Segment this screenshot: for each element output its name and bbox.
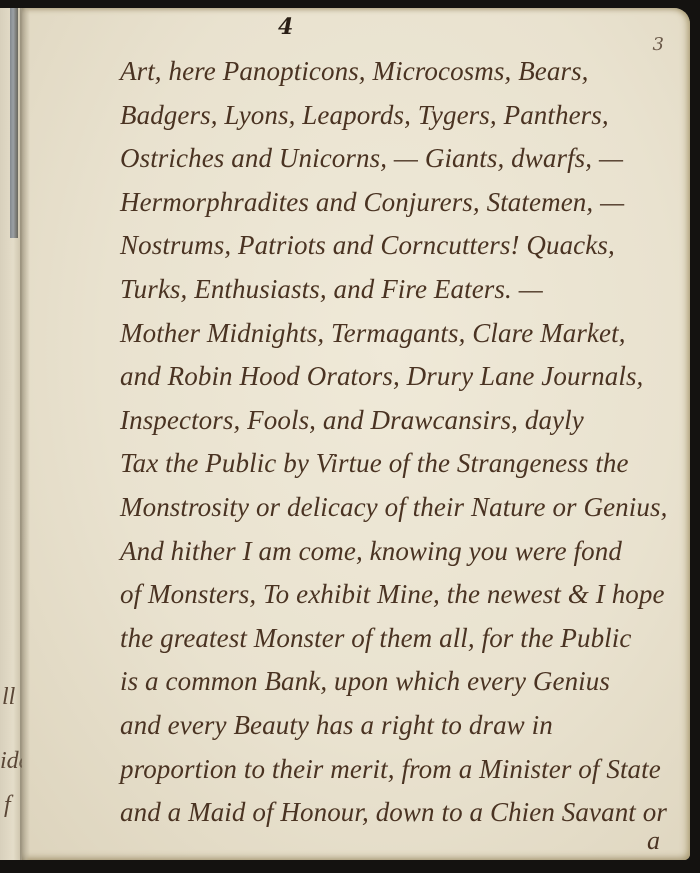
text-line: and Robin Hood Orators, Drury Lane Journ…	[120, 355, 700, 399]
gutter-shadow	[20, 8, 30, 860]
binding-spine	[10, 8, 18, 238]
manuscript-text: Art, here Panopticons, Microcosms, Bears…	[120, 50, 700, 835]
text-line: Monstrosity or delicacy of their Nature …	[120, 486, 700, 530]
text-line: Ostriches and Unicorns, — Giants, dwarfs…	[120, 137, 700, 181]
text-line: Hermorphradites and Conjurers, Statemen,…	[120, 181, 700, 225]
text-line: Badgers, Lyons, Leapords, Tygers, Panthe…	[120, 94, 700, 138]
text-line: Inspectors, Fools, and Drawcansirs, dayl…	[120, 399, 700, 443]
page-number: 4	[278, 14, 293, 40]
facing-page-fragment: f	[4, 792, 11, 819]
text-line: Tax the Public by Virtue of the Strangen…	[120, 442, 700, 486]
text-line: and every Beauty has a right to draw in	[120, 704, 700, 748]
text-line: Mother Midnights, Termagants, Clare Mark…	[120, 312, 700, 356]
text-line: the greatest Monster of them all, for th…	[120, 617, 700, 661]
text-line: and a Maid of Honour, down to a Chien Sa…	[120, 791, 700, 835]
facing-page-fragment: ll	[2, 684, 15, 711]
text-line: is a common Bank, upon which every Geniu…	[120, 660, 700, 704]
manuscript-page: 4 3 Art, here Panopticons, Microcosms, B…	[22, 8, 690, 860]
text-line: Art, here Panopticons, Microcosms, Bears…	[120, 50, 700, 94]
text-line: Nostrums, Patriots and Corncutters! Quac…	[120, 224, 700, 268]
text-line: proportion to their merit, from a Minist…	[120, 748, 700, 792]
text-line: Turks, Enthusiasts, and Fire Eaters. —	[120, 268, 700, 312]
catchword: a	[647, 826, 660, 856]
text-line: And hither I am come, knowing you were f…	[120, 530, 700, 574]
text-line: of Monsters, To exhibit Mine, the newest…	[120, 573, 700, 617]
